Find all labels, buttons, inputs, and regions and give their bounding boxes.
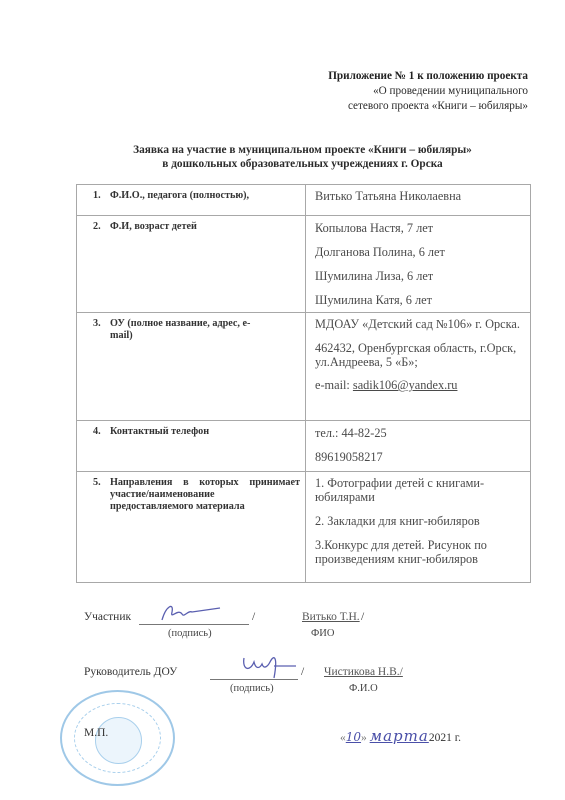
row-number: 5. xyxy=(93,477,110,513)
email-link[interactable]: sadik106@yandex.ru xyxy=(353,378,458,392)
document-title: Заявка на участие в муниципальном проект… xyxy=(0,143,565,171)
head-name: Чистикова Н.В./ xyxy=(324,666,403,678)
appendix-line-2: «О проведении муниципального xyxy=(328,84,528,99)
child-entry: Шумилина Катя, 6 лет xyxy=(306,288,530,312)
participant-signature-icon xyxy=(158,600,238,624)
date-month: марта xyxy=(370,727,429,745)
direction-item: 1. Фотографии детей с книгами-юбилярами xyxy=(306,472,530,504)
institution-email-line: e-mail: sadik106@yandex.ru xyxy=(306,369,530,392)
participant-name: Витько Т.Н. xyxy=(302,611,360,623)
signature-date: «10» марта2021 г. xyxy=(340,727,461,745)
row-value: 1. Фотографии детей с книгами-юбилярами … xyxy=(306,472,531,583)
row-label: 5.Направления в которых принимает участи… xyxy=(77,472,306,583)
appendix-line-1: Приложение № 1 к положению проекта xyxy=(328,69,528,84)
phone-mobile: 89619058217 xyxy=(306,445,530,469)
row-label: 4.Контактный телефон xyxy=(77,421,306,472)
table-row-teacher: 1.Ф.И.О., педагога (полностью), Витько Т… xyxy=(77,185,531,216)
participant-signature-line xyxy=(139,624,249,625)
application-table: 1.Ф.И.О., педагога (полностью), Витько Т… xyxy=(76,184,531,583)
title-line-2: в дошкольных образовательных учреждениях… xyxy=(0,157,565,171)
head-label: Руководитель ДОУ xyxy=(84,666,177,678)
institution-address: 462432, Оренбургская область, г.Орск, ул… xyxy=(306,331,530,369)
child-entry: Копылова Настя, 7 лет xyxy=(306,216,530,240)
participant-name-caption: ФИО xyxy=(311,628,334,639)
row-number: 1. xyxy=(93,190,110,202)
row-label-text: ОУ (полное название, адрес, e-mail) xyxy=(110,318,260,342)
stamp-label: М.П. xyxy=(84,727,108,739)
teacher-name: Витько Татьяна Николаевна xyxy=(306,185,530,207)
row-label-text: Ф.И, возраст детей xyxy=(110,221,197,233)
table-row-children: 2.Ф.И, возраст детей Копылова Настя, 7 л… xyxy=(77,216,531,313)
row-number: 2. xyxy=(93,221,110,233)
row-label: 3.ОУ (полное название, адрес, e-mail) xyxy=(77,313,306,421)
head-name-caption: Ф.И.О xyxy=(349,683,378,694)
participant-sign-caption: (подпись) xyxy=(168,628,212,639)
row-value: тел.: 44-82-25 89619058217 xyxy=(306,421,531,472)
date-quote: » xyxy=(361,732,367,744)
appendix-line-3: сетевого проекта «Книги – юбиляры» xyxy=(328,99,528,114)
phone-landline: тел.: 44-82-25 xyxy=(306,421,530,445)
head-name-text: Чистикова Н.В./ xyxy=(324,666,403,678)
head-signature-icon xyxy=(240,652,306,680)
slash-separator: / xyxy=(361,611,364,623)
title-line-1: Заявка на участие в муниципальном проект… xyxy=(0,143,565,157)
row-value: МДОАУ «Детский сад №106» г. Орска. 46243… xyxy=(306,313,531,421)
row-label-text: Ф.И.О., педагога (полностью), xyxy=(110,190,249,202)
head-sign-caption: (подпись) xyxy=(230,683,274,694)
child-entry: Шумилина Лиза, 6 лет xyxy=(306,264,530,288)
row-label: 2.Ф.И, возраст детей xyxy=(77,216,306,313)
slash-separator: / xyxy=(301,666,304,678)
direction-item: 2. Закладки для книг-юбиляров xyxy=(306,504,530,528)
institution-name: МДОАУ «Детский сад №106» г. Орска. xyxy=(306,313,530,331)
table-row-directions: 5.Направления в которых принимает участи… xyxy=(77,472,531,583)
date-day: 10 xyxy=(346,730,361,744)
date-year: 2021 г. xyxy=(429,732,461,744)
direction-item: 3.Конкурс для детей. Рисунок по произвед… xyxy=(306,528,530,566)
row-number: 4. xyxy=(93,426,110,438)
appendix-header: Приложение № 1 к положению проекта «О пр… xyxy=(328,69,528,114)
row-label-text: Контактный телефон xyxy=(110,426,209,438)
table-row-phone: 4.Контактный телефон тел.: 44-82-25 8961… xyxy=(77,421,531,472)
row-number: 3. xyxy=(93,318,110,342)
child-entry: Долганова Полина, 6 лет xyxy=(306,240,530,264)
slash-separator: / xyxy=(252,611,255,623)
email-label: e-mail: xyxy=(315,378,353,392)
row-label: 1.Ф.И.О., педагога (полностью), xyxy=(77,185,306,216)
row-label-text: Направления в которых принимает участие/… xyxy=(110,477,300,513)
table-row-institution: 3.ОУ (полное название, адрес, e-mail) МД… xyxy=(77,313,531,421)
participant-label: Участник xyxy=(84,611,131,623)
row-value: Копылова Настя, 7 лет Долганова Полина, … xyxy=(306,216,531,313)
row-value: Витько Татьяна Николаевна xyxy=(306,185,531,216)
official-stamp-icon xyxy=(60,690,175,786)
